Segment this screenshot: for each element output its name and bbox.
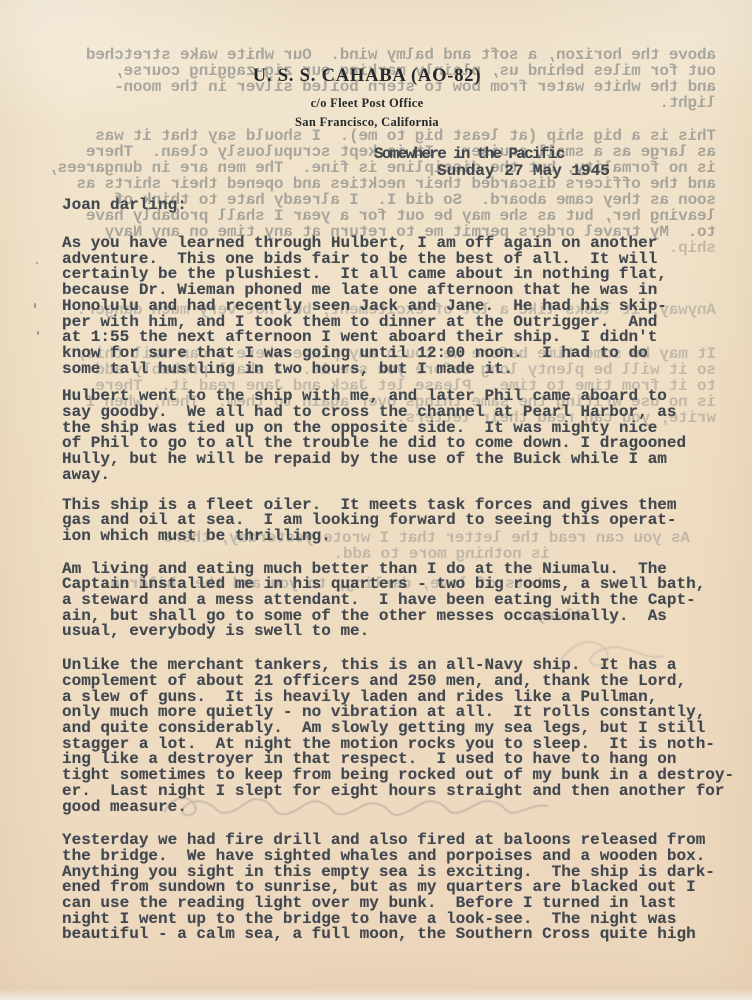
letter-scan: above the horizon, a soft and balmy wind…	[0, 0, 752, 1000]
bleedthrough-line: and the officers discarded their necktie…	[77, 177, 716, 193]
dateline-location: Somewhere in the Pacific	[374, 147, 564, 163]
letter-paragraph: Hulbert went to the ship with me, and la…	[62, 389, 752, 483]
ink-speck	[37, 331, 39, 335]
letterhead-address-line2: San Francisco, California	[0, 115, 734, 130]
salutation: Joan darling:	[62, 198, 187, 214]
ink-speck	[34, 303, 36, 308]
letter-body: As you have learned through Hulbert, I a…	[62, 236, 752, 955]
bleedthrough-line: above the horizon, a soft and balmy wind…	[86, 48, 716, 64]
letter-paragraph: This ship is a fleet oiler. It meets tas…	[62, 498, 752, 545]
bleedthrough-line: is no formality, but the discipline is f…	[48, 161, 716, 177]
letter-paragraph: Yesterday we had fire drill and also fir…	[62, 833, 752, 943]
ink-speck	[36, 262, 38, 264]
ship-name: U. S. S. CAHABA (AO-82)	[0, 66, 734, 87]
letterhead-address-line1: c/o Fleet Post Office	[0, 96, 734, 111]
bleedthrough-line: soon as they came aboard. So did I. I al…	[114, 193, 716, 209]
letter-paragraph: Unlike the merchant tankers, this is an …	[62, 658, 752, 815]
letterhead: U. S. S. CAHABA (AO-82) c/o Fleet Post O…	[0, 66, 734, 134]
letter-paragraph: As you have learned through Hulbert, I a…	[62, 236, 752, 377]
letter-paragraph: Am living and eating much better than I …	[62, 562, 752, 641]
dateline-date: Sunday 27 May 1945	[437, 164, 610, 180]
